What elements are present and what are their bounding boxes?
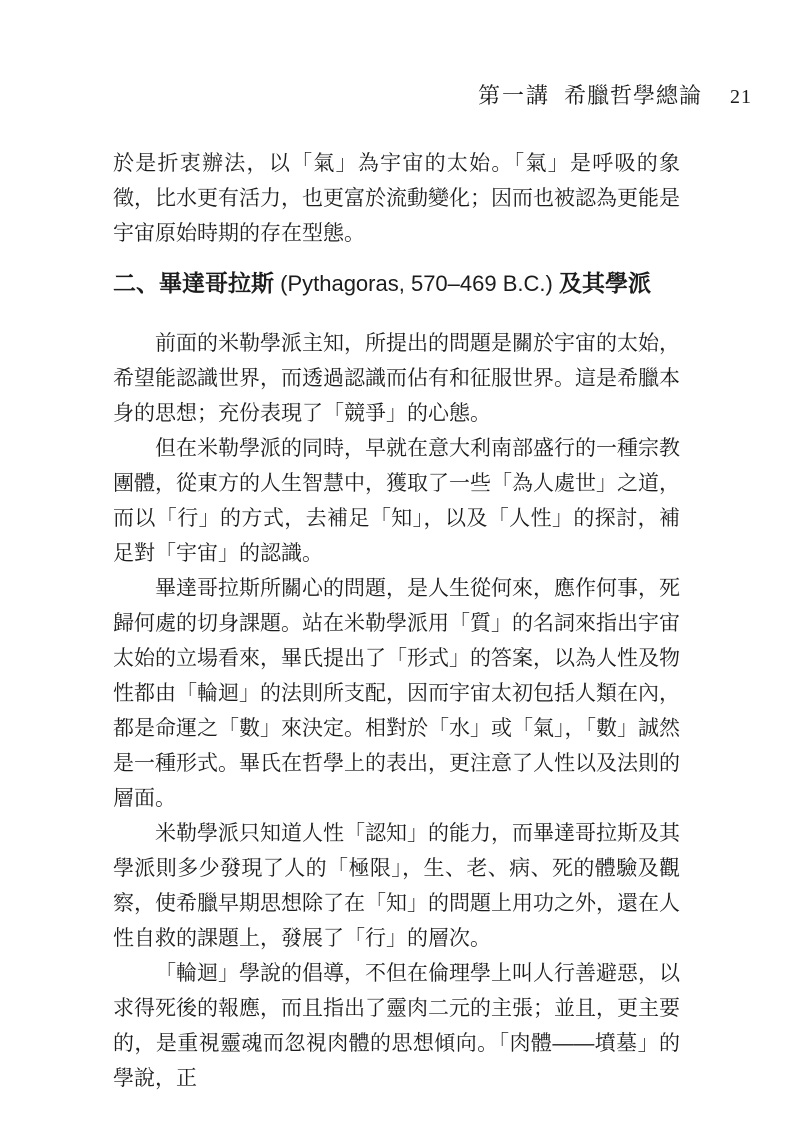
paragraph: 「輪迴」學說的倡導，不但在倫理學上叫人行善避惡，以求得死後的報應，而且指出了靈肉…	[113, 956, 680, 1096]
paragraph: 米勒學派只知道人性「認知」的能力，而畢達哥拉斯及其學派則多少發現了人的「極限」，…	[113, 816, 680, 956]
section-suffix: 及其學派	[559, 270, 651, 296]
paragraph: 但在米勒學派的同時，早就在意大利南部盛行的一種宗教團體，從東方的人生智慧中，獲取…	[113, 431, 680, 571]
book-page: 第一講 希臘哲學總論 21 於是折衷辦法，以「氣」為宇宙的太始。「氣」是呼吸的象…	[0, 0, 800, 1121]
section-number: 二、	[113, 270, 159, 296]
section-latin-name: (Pythagoras, 570–469 B.C.)	[274, 271, 559, 296]
running-header: 第一講 希臘哲學總論 21	[0, 84, 752, 109]
lead-paragraph: 於是折衷辦法，以「氣」為宇宙的太始。「氣」是呼吸的象徵，比水更有活力，也更富於流…	[113, 146, 680, 251]
page-body: 於是折衷辦法，以「氣」為宇宙的太始。「氣」是呼吸的象徵，比水更有活力，也更富於流…	[113, 146, 680, 1096]
paragraphs-container: 前面的米勒學派主知，所提出的問題是關於宇宙的太始，希望能認識世界，而透過認識而佔…	[113, 326, 680, 1096]
chapter-label: 第一講	[478, 84, 550, 108]
section-name: 畢達哥拉斯	[159, 270, 274, 296]
chapter-title-label: 希臘哲學總論	[564, 84, 702, 108]
page-number: 21	[730, 85, 752, 109]
paragraph: 前面的米勒學派主知，所提出的問題是關於宇宙的太始，希望能認識世界，而透過認識而佔…	[113, 326, 680, 431]
paragraph: 畢達哥拉斯所關心的問題，是人生從何來，應作何事，死歸何處的切身課題。站在米勒學派…	[113, 571, 680, 816]
section-heading: 二、畢達哥拉斯 (Pythagoras, 570–469 B.C.) 及其學派	[113, 266, 680, 301]
